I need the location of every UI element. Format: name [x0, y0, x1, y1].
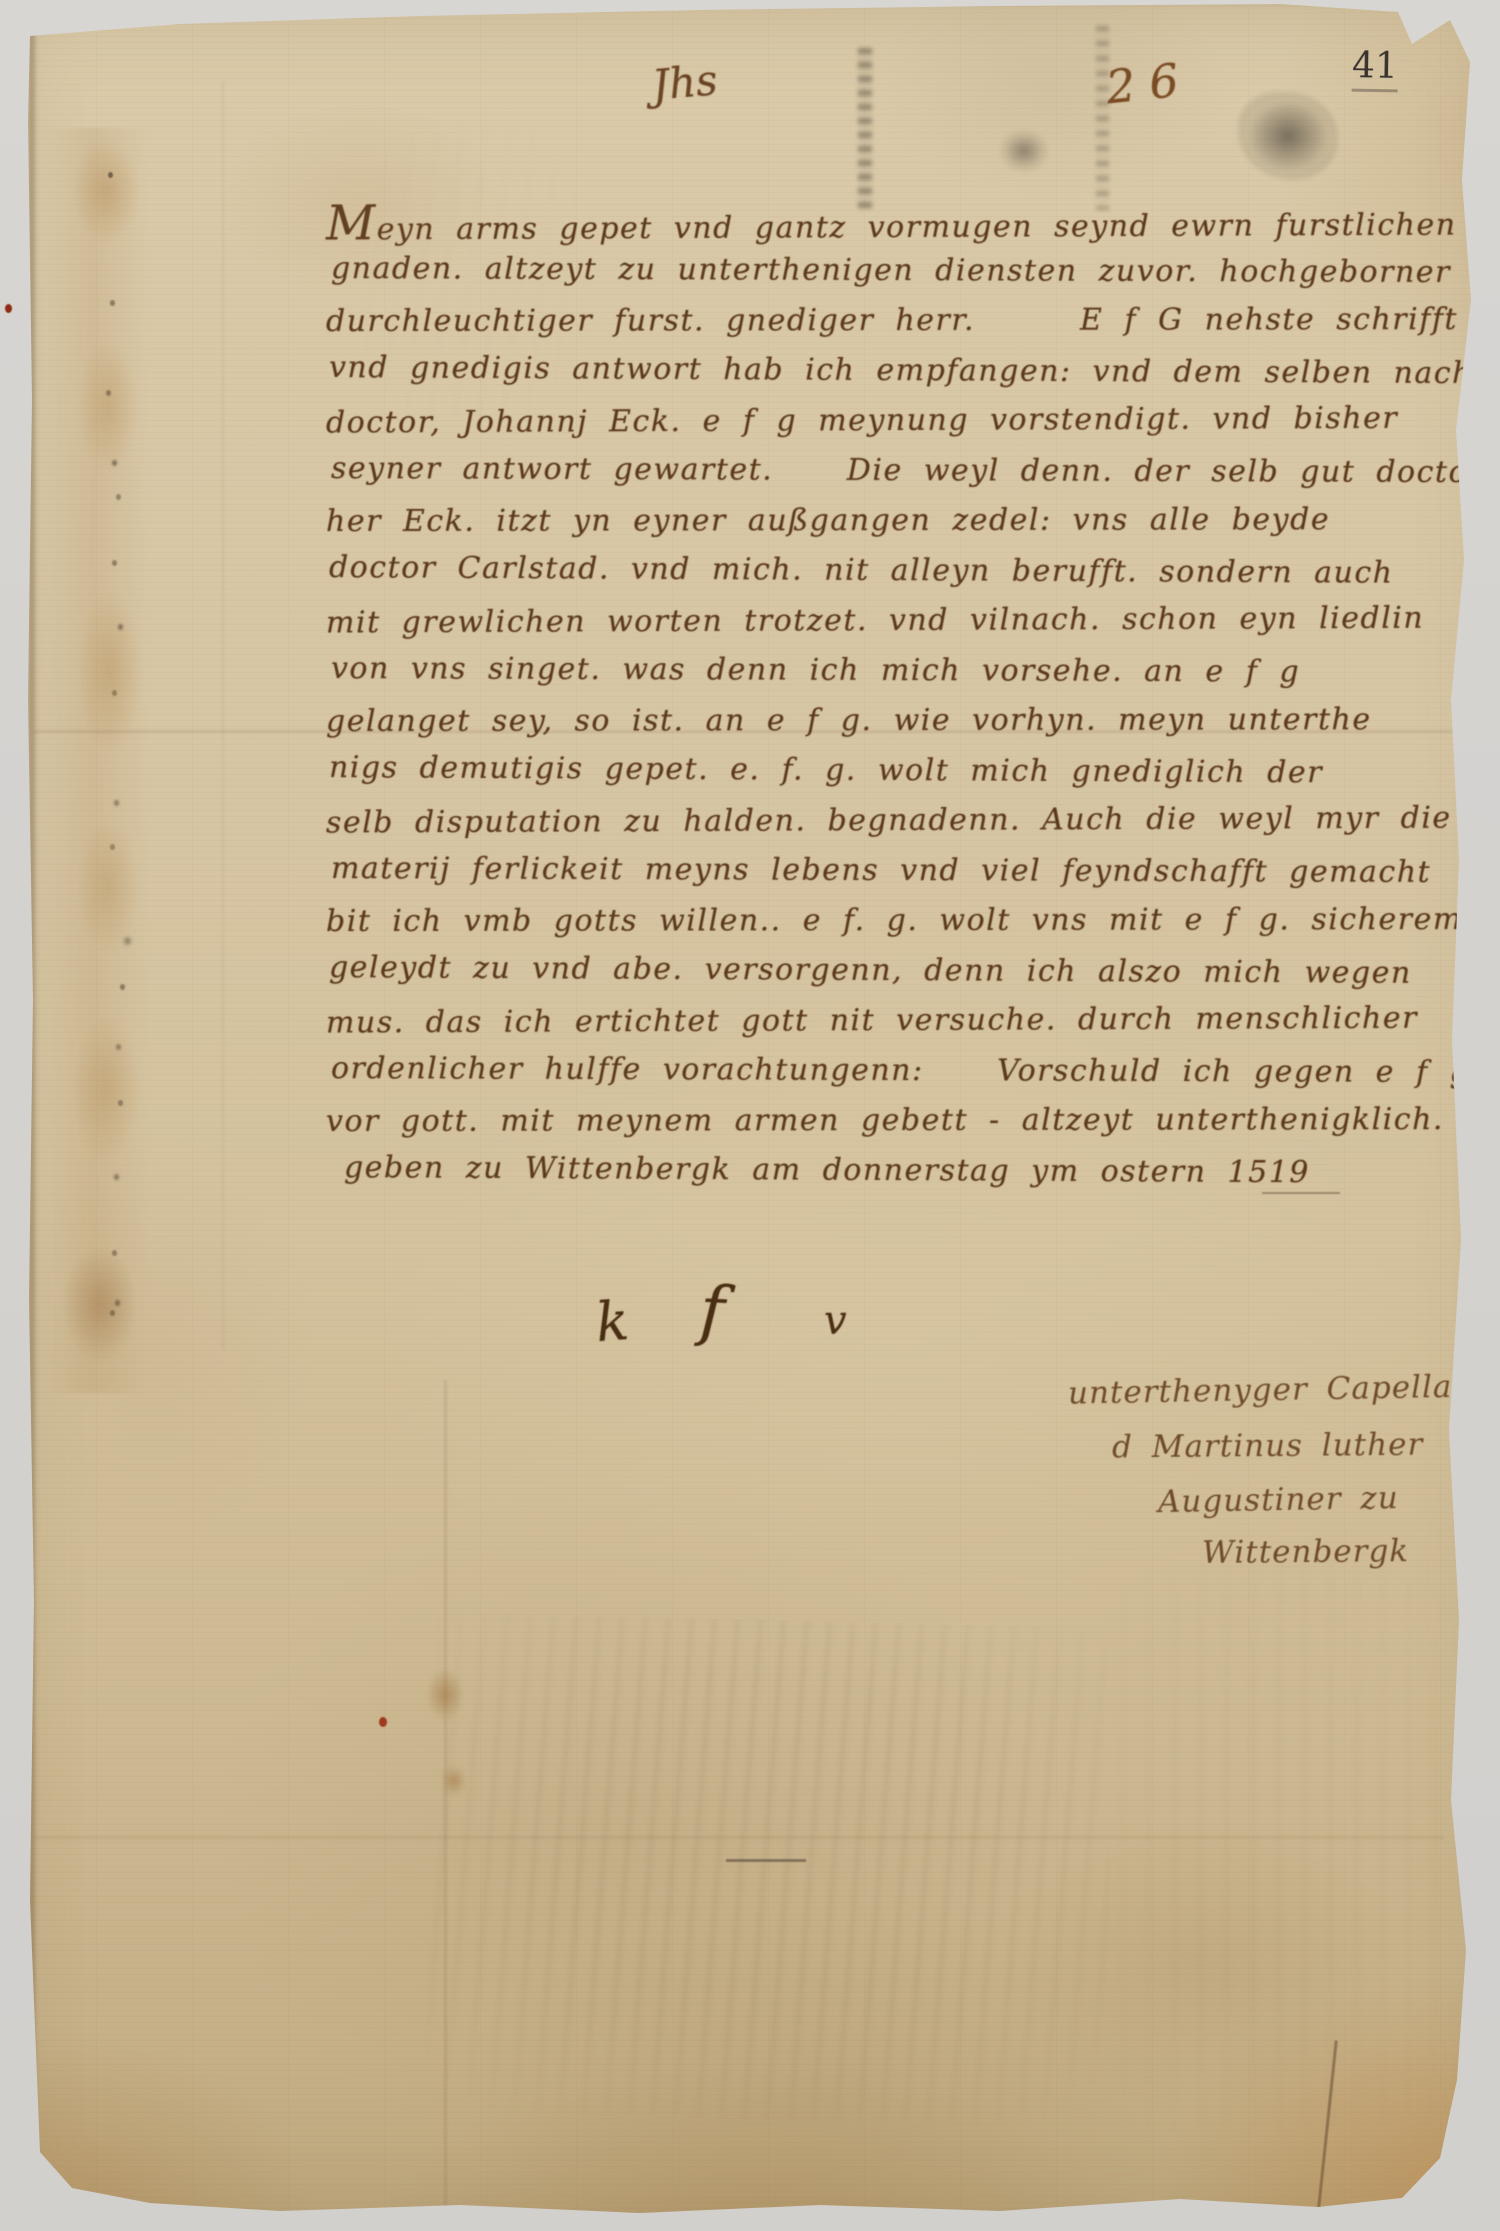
- letter-line: durchleuchtiger furst. gnediger herr. E …: [326, 295, 1458, 347]
- folio-number-brown: 26: [1103, 52, 1195, 115]
- graphite-smudge: [0, 0, 96, 16]
- letter-line: her Eck. itzt yn eyner außgangen zedel: …: [326, 495, 1458, 547]
- letter-line: geleydt zu vnd abe. versorgenn, denn ich…: [329, 943, 1458, 999]
- paper-sheet: Jhs 26 41 Meyn arms gepet vnd gantz vorm…: [0, 0, 1500, 2231]
- fold-crease-vertical: [222, 80, 224, 1350]
- crease-mark: [726, 1859, 806, 1862]
- letter-line: nigs demutigis gepet. e. f. g. wolt mich…: [329, 743, 1458, 799]
- bleedthrough-ghost: [355, 116, 585, 423]
- letter-line: materij ferlickeit meyns lebens vnd viel…: [331, 844, 1458, 898]
- letter-line: mit grewlichen worten trotzet. vnd vilna…: [326, 594, 1458, 649]
- letter-line: geben zu Wittenbergk am donnerstag ym os…: [344, 1143, 1458, 1199]
- letter-line: bit ich vmb gotts willen.. e f. g. wolt …: [326, 895, 1458, 947]
- monogram-letter: v: [824, 1298, 847, 1344]
- letter-line: doctor, Johannj Eck. e f g meynung vorst…: [326, 394, 1458, 449]
- fold-crease-horizontal: [34, 730, 1454, 733]
- red-ink-speck: [5, 304, 12, 313]
- crease-mark: [1262, 1192, 1340, 1194]
- paper-left-edge-shadow: [28, 30, 35, 2190]
- fold-crease-horizontal: [34, 1836, 1444, 1839]
- letter-line: vnd gnedigis antwort hab ich empfangen: …: [329, 343, 1458, 399]
- paper-crack: [1317, 2040, 1338, 2207]
- bleedthrough-ghost: [1095, 1557, 1445, 2133]
- ink-smudge-streak: [1096, 26, 1109, 210]
- letter-line: seyner antwort gewartet. Die weyl denn. …: [331, 444, 1458, 498]
- monogram-letter: k: [594, 1289, 631, 1354]
- ink-speckles: [108, 172, 113, 178]
- letter-line: Meyn arms gepet vnd gantz vormugen seynd…: [326, 194, 1458, 249]
- ink-smudge-streak: [858, 48, 872, 210]
- letter-line: selb disputation zu halden. begnadenn. A…: [326, 794, 1458, 849]
- folio-number-black: 41: [1352, 46, 1399, 93]
- stain-spot: [440, 1764, 468, 1798]
- letter-line: gelanget sey, so ist. an e f g. wie vorh…: [326, 695, 1458, 747]
- red-ink-speck: [379, 1717, 387, 1727]
- letter-line: gnaden. altzeyt zu unterthenigen dienste…: [331, 244, 1458, 298]
- signature-line: Wittenbergk: [1202, 1533, 1409, 1571]
- ink-smudge-blob: [1238, 92, 1338, 180]
- manuscript-scan: { "page": { "background_color": "#d6d4d1…: [0, 0, 1500, 2231]
- bleedthrough-ghost: [424, 1611, 1117, 2129]
- invocation-mark: Jhs: [650, 55, 719, 110]
- letter-line: vor gott. mit meynem armen gebett - altz…: [326, 1095, 1458, 1147]
- letter-line: von vns singet. was denn ich mich vorseh…: [331, 644, 1458, 698]
- signature-line: d Martinus luther: [1112, 1427, 1424, 1466]
- letter-line: ordenlicher hulffe vorachtungenn: Vorsch…: [331, 1044, 1458, 1098]
- scan-background: Jhs 26 41 Meyn arms gepet vnd gantz vorm…: [0, 0, 1500, 2231]
- fold-crease-vertical: [444, 1380, 447, 2212]
- ink-smudge-blob: [1000, 130, 1048, 172]
- letter-line: mus. das ich ertichtet gott nit versuche…: [326, 994, 1458, 1049]
- stain-spot: [424, 1666, 466, 1724]
- graphite-smudge: [0, 16, 74, 28]
- letter-body: Meyn arms gepet vnd gantz vormugen seynd…: [326, 196, 1458, 1196]
- letter-line: doctor Carlstad. vnd mich. nit alleyn be…: [329, 543, 1458, 599]
- signature-line: unterthenyger Capellan: [1068, 1368, 1474, 1411]
- water-stain-band: [48, 128, 148, 1393]
- monogram-letter: f: [698, 1271, 726, 1349]
- signature-line: Augustiner zu: [1158, 1480, 1399, 1520]
